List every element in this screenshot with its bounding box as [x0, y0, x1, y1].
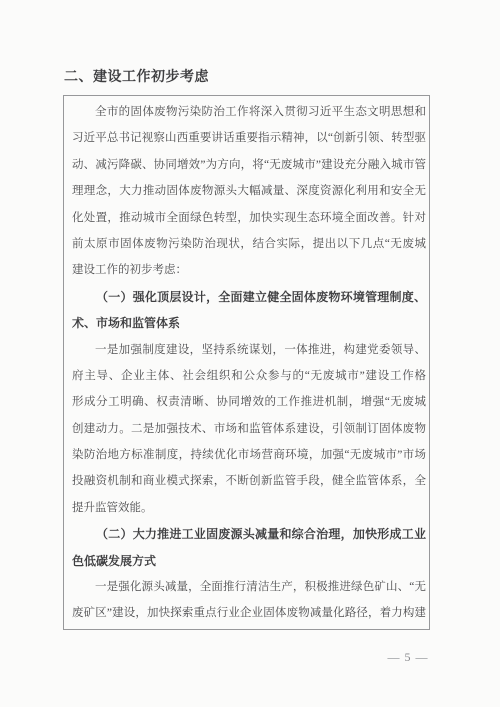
- body-text-line: 染防治地方标准制度，持续优化市场营商环境，加强“无废城市”市场化: [72, 442, 426, 468]
- subheading-line: （二）大力推进工业固废源头减量和综合治理，加快形成工业绿: [72, 521, 426, 547]
- body-text-line: 府主导、企业主体、社会组织和公众参与的“无废城市”建设工作格局，: [72, 363, 426, 389]
- section-heading: 二、建设工作初步考虑: [64, 66, 209, 86]
- body-text-line: 前太原市固体废物污染防治现状，结合实际，提出以下几点“无废城市”: [72, 231, 426, 257]
- body-text-line: 化处置，推动城市全面绿色转型，加快实现生态环境全面改善。针对目: [72, 205, 426, 231]
- body-text-line: 创建动力。二是加强技术、市场和监管体系建设，引领制订固体废物污: [72, 416, 426, 442]
- body-text-line: 形成分工明确、权责清晰、协同增效的工作推进机制，增强“无废城市”: [72, 389, 426, 415]
- body-text-line: 提升监管效能。: [72, 495, 426, 521]
- body-text-line: 全市的固体废物污染防治工作将深入贯彻习近平生态文明思想和: [72, 99, 426, 125]
- document-text-box: 全市的固体废物污染防治工作将深入贯彻习近平生态文明思想和习近平总书记视察山西重要…: [63, 95, 430, 630]
- body-text-line: 投融资机制和商业模式探索，不断创新监管手段，健全监管体系，全力: [72, 468, 426, 494]
- body-text-line: 废矿区”建设，加快探索重点行业企业固体废物减量化路径，着力构建: [72, 600, 426, 626]
- body-text-line: 一是强化源头减量，全面推行清洁生产，积极推进绿色矿山、“无: [72, 574, 426, 600]
- page-number: — 5 —: [383, 650, 433, 665]
- body-text-line: 习近平总书记视察山西重要讲话重要指示精神，以“创新引领、转型驱: [72, 125, 426, 151]
- body-text-line: 动、减污降碳、协同增效”为方向，将“无废城市”建设充分融入城市管: [72, 152, 426, 178]
- body-text-line: 建设工作的初步考虑：: [72, 257, 426, 283]
- subheading-line: 术、市场和监管体系: [72, 310, 426, 336]
- body-text-line: 理理念，大力推动固体废物源头大幅减量、深度资源化利用和安全无害: [72, 178, 426, 204]
- document-page: 二、建设工作初步考虑 全市的固体废物污染防治工作将深入贯彻习近平生态文明思想和习…: [0, 0, 500, 707]
- subheading-line: 色低碳发展方式: [72, 548, 426, 574]
- body-text-line: 一是加强制度建设，坚持系统谋划，一体推进，构建党委领导、政: [72, 337, 426, 363]
- subheading-line: （一）强化顶层设计，全面建立健全固体废物环境管理制度、技: [72, 284, 426, 310]
